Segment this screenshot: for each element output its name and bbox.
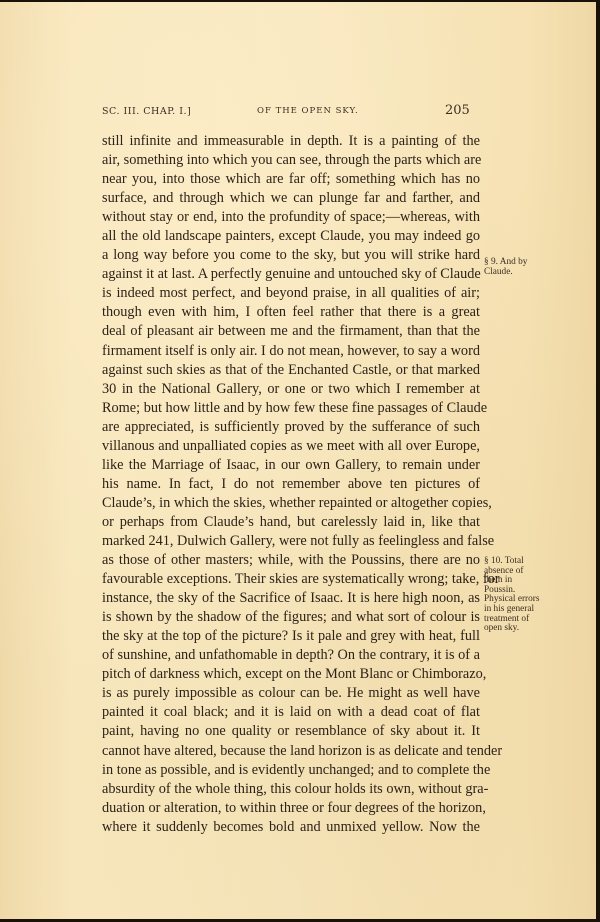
body-text: still infinite and immeasurable in depth…	[102, 132, 480, 837]
text-line: 30 in the National Gallery, or one or tw…	[102, 380, 480, 399]
text-line: in tone as possible, and is evidently un…	[102, 761, 480, 780]
page-number: 205	[445, 103, 470, 118]
text-line: Claude’s, in which the skies, whether re…	[102, 494, 480, 513]
text-line: marked 241, Dulwich Gallery, were not fu…	[102, 532, 480, 551]
text-line: like the Marriage of Isaac, in our own G…	[102, 456, 480, 475]
sidenote-section-9: § 9. And by Claude.	[484, 258, 564, 277]
running-head: SC. III. CHAP. I.] OF THE OPEN SKY. 205	[102, 104, 542, 120]
text-line: surface, and through which we can plunge…	[102, 189, 480, 208]
text-line: the sky at the top of the picture? Is it…	[102, 627, 480, 646]
text-line: Rome; but how little and by how few thes…	[102, 399, 480, 418]
text-line: duation or alteration, to within three o…	[102, 799, 480, 818]
text-line: pitch of darkness which, except on the M…	[102, 665, 480, 684]
sidenote-line: open sky.	[484, 624, 564, 634]
sidenote-section-10: § 10. Total absence of them in Poussin. …	[484, 557, 564, 634]
text-line: where it suddenly becomes bold and unmix…	[102, 818, 480, 837]
sidenote-line: Claude.	[484, 268, 564, 278]
text-line: deal of pleasant air between me and the …	[102, 322, 480, 341]
text-line: favourable exceptions. Their skies are s…	[102, 570, 480, 589]
book-page: SC. III. CHAP. I.] OF THE OPEN SKY. 205 …	[0, 2, 596, 919]
text-line: paint, having no one quality or resembla…	[102, 722, 480, 741]
text-line: firmament itself is only air. I do not m…	[102, 342, 480, 361]
text-line: air, something into which you can see, t…	[102, 151, 480, 170]
text-line: is indeed most perfect, and beyond prais…	[102, 284, 480, 303]
section-chapter-label: SC. III. CHAP. I.]	[102, 106, 191, 117]
text-line: against it at last. A perfectly genuine …	[102, 265, 480, 284]
text-line: cannot have altered, because the land ho…	[102, 742, 480, 761]
text-line: against such skies as that of the Enchan…	[102, 361, 480, 380]
text-line: of sunshine, and unfathomable in depth? …	[102, 646, 480, 665]
text-line: is as purely impossible as colour can be…	[102, 684, 480, 703]
text-line: his name. In fact, I do not remember abo…	[102, 475, 480, 494]
text-line: or perhaps from Claude’s hand, but carel…	[102, 513, 480, 532]
text-line: instance, the sky of the Sacrifice of Is…	[102, 589, 480, 608]
text-line: without stay or end, into the profundity…	[102, 208, 480, 227]
text-line: a long way before you come to the sky, b…	[102, 246, 480, 265]
text-line: absurdity of the whole thing, this colou…	[102, 780, 480, 799]
chapter-title: OF THE OPEN SKY.	[257, 106, 359, 116]
text-line: are appreciated, is sufficiently proved …	[102, 418, 480, 437]
text-line: painted it coal black; and it is laid on…	[102, 703, 480, 722]
text-line: still infinite and immeasurable in depth…	[102, 132, 480, 151]
text-line: all the old landscape painters, except C…	[102, 227, 480, 246]
text-line: is shown by the shadow of the figures; a…	[102, 608, 480, 627]
text-line: villanous and unpalliated copies as we m…	[102, 437, 480, 456]
text-line: though even with him, I often feel rathe…	[102, 303, 480, 322]
text-line: near you, into those which are far off; …	[102, 170, 480, 189]
text-line: as those of other masters; while, with t…	[102, 551, 480, 570]
